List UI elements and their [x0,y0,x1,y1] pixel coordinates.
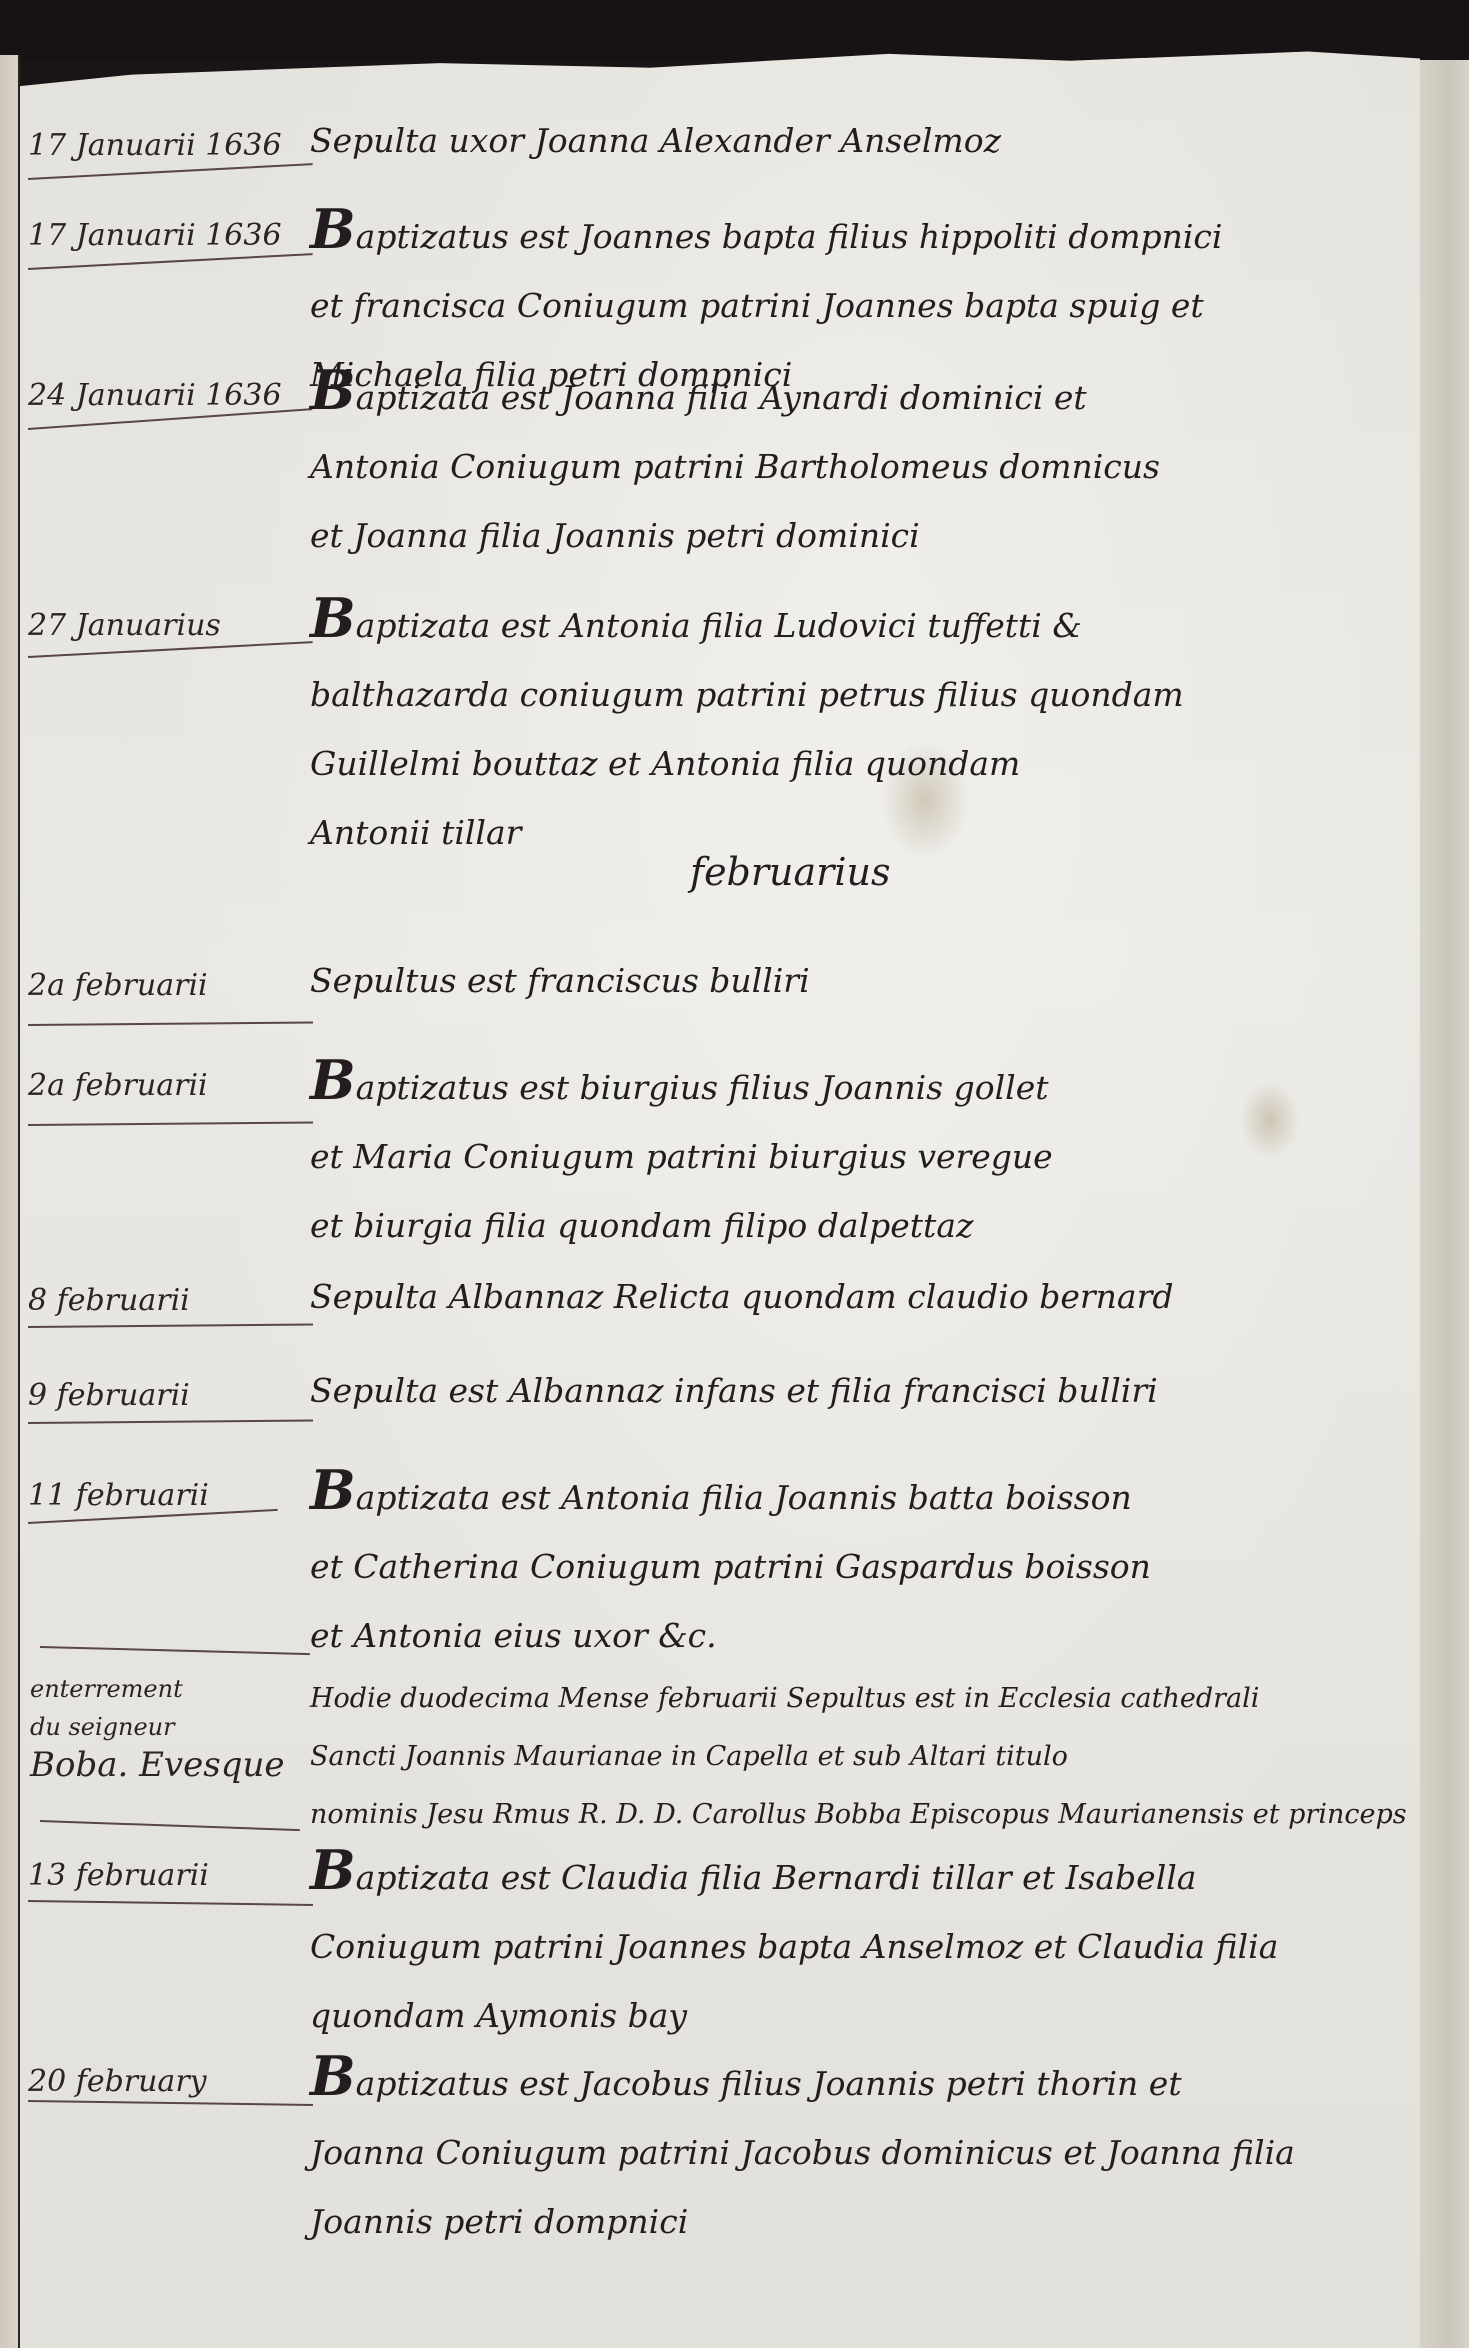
entry-date: 9 februarii [28,1378,298,1413]
entry-date: 17 Januarii 1636 [28,128,298,163]
entry-text: Sepulta uxor Joanna Alexander Anselmoz [310,106,1400,175]
entry-line: quondam Aymonis bay [310,1981,1400,2050]
entry-line: Sancti Joannis Maurianae in Capella et s… [310,1728,1400,1786]
entry-date: 20 february [28,2064,298,2099]
entry-line: Coniugum patrini Joannes bapta Anselmoz … [310,1912,1400,1981]
entry-line: Baptizatus est biurgius filius Joannis g… [310,1046,1400,1122]
entry-line: Sepulta uxor Joanna Alexander Anselmoz [310,106,1400,175]
entry-text: Hodie duodecima Mense februarii Sepultus… [310,1670,1400,1844]
entry-line: Baptizatus est Joannes bapta filius hipp… [310,195,1400,271]
entry-line: Joannis petri dompnici [310,2187,1400,2256]
entry-date: 8 februarii [28,1283,298,1318]
margin-note: enterrement du seigneur Boba. Evesque [30,1670,310,1784]
entry-text: Sepultus est franciscus bulliri [310,946,1400,1015]
entry-text: Baptizata est Antonia filia Ludovici tuf… [310,584,1400,867]
entry-line: balthazarda coniugum patrini petrus fili… [310,660,1400,729]
entry-line: Baptizata est Antonia filia Joannis batt… [310,1456,1400,1532]
margin-note-line: du seigneur [30,1708,310,1746]
entry-line: et Joanna filia Joannis petri dominici [310,501,1400,570]
previous-page-edge [0,55,20,2348]
background-shadow [0,0,1469,60]
entry-date: 11 februarii [28,1478,298,1513]
entry-line: et Maria Coniugum patrini biurgius vereg… [310,1122,1400,1191]
entry-date: 2a februarii [28,1068,298,1103]
entry-text: Baptizata est Joanna filia Aynardi domin… [310,356,1400,570]
entry-date: 24 Januarii 1636 [28,378,298,413]
entry-line: Baptizata est Antonia filia Ludovici tuf… [310,584,1400,660]
entry-line: Sepulta Albannaz Relicta quondam claudio… [310,1262,1400,1331]
entry-line: Guillelmi bouttaz et Antonia filia quond… [310,729,1400,798]
entry-line: Sepultus est franciscus bulliri [310,946,1400,1015]
entry-text: Baptizatus est Jacobus filius Joannis pe… [310,2042,1400,2256]
month-heading: februarius [690,850,890,894]
entry-line: Antonia Coniugum patrini Bartholomeus do… [310,432,1400,501]
entry-date: 13 februarii [28,1858,298,1893]
entry-line: Baptizatus est Jacobus filius Joannis pe… [310,2042,1400,2118]
entry-date: 2a februarii [28,968,298,1003]
entry-line: Joanna Coniugum patrini Jacobus dominicu… [310,2118,1400,2187]
entry-text: Baptizatus est biurgius filius Joannis g… [310,1046,1400,1260]
entry-date: 27 Januarius [28,608,298,643]
entry-line: et francisca Coniugum patrini Joannes ba… [310,271,1400,340]
entry-line: Baptizata est Joanna filia Aynardi domin… [310,356,1400,432]
entry-text: Baptizata est Antonia filia Joannis batt… [310,1456,1400,1670]
entry-line: et biurgia filia quondam filipo dalpetta… [310,1191,1400,1260]
entry-text: Baptizata est Claudia filia Bernardi til… [310,1836,1400,2050]
entry-line: Hodie duodecima Mense februarii Sepultus… [310,1670,1400,1728]
entry-date: 17 Januarii 1636 [28,218,298,253]
entry-text: Sepulta est Albannaz infans et filia fra… [310,1356,1400,1425]
entry-line: Sepulta est Albannaz infans et filia fra… [310,1356,1400,1425]
margin-note-line: Boba. Evesque [30,1746,310,1784]
entry-text: Sepulta Albannaz Relicta quondam claudio… [310,1262,1400,1331]
next-page-edge [1420,60,1469,2348]
entry-line: et Catherina Coniugum patrini Gaspardus … [310,1532,1400,1601]
entry-line: Baptizata est Claudia filia Bernardi til… [310,1836,1400,1912]
entry-line: et Antonia eius uxor &c. [310,1601,1400,1670]
margin-note-line: enterrement [30,1670,310,1708]
